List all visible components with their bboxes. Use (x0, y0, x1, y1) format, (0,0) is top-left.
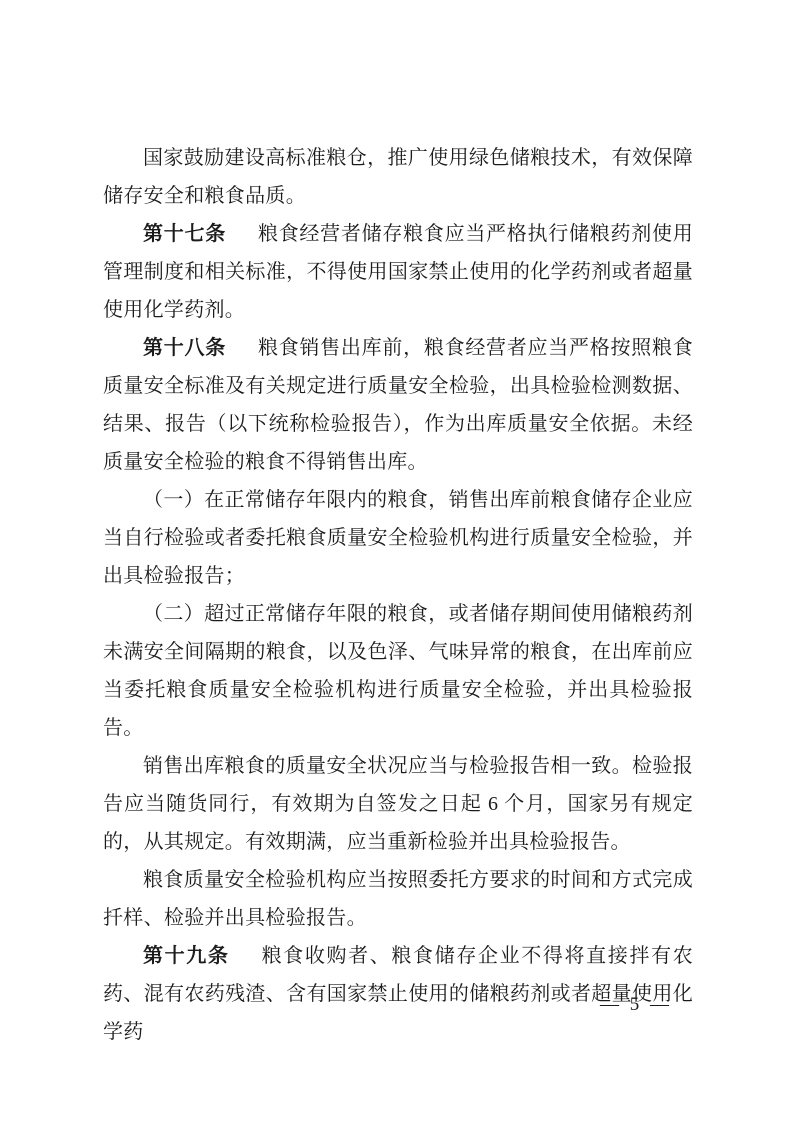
paragraph: 第十七条粮食经营者储存粮食应当严格执行储粮药剂使用管理制度和相关标准，不得使用国… (103, 215, 693, 329)
document-page: 国家鼓励建设高标准粮仓，推广使用绿色储粮技术，有效保障储存安全和粮食品质。第十七… (0, 0, 794, 1123)
paragraph-text: （一）在正常储存年限内的粮食，销售出库前粮食储存企业应当自行检验或者委托粮食质量… (103, 489, 693, 587)
paragraph: 第十八条粮食销售出库前，粮食经营者应当严格按照粮食质量安全标准及有关规定进行质量… (103, 329, 693, 481)
article-number: 第十九条 (143, 945, 230, 967)
paragraph: （二）超过正常储存年限的粮食，或者储存期间使用储粮药剂未满安全间隔期的粮食，以及… (103, 595, 693, 747)
article-number: 第十七条 (143, 223, 226, 245)
paragraph-text: 粮食质量安全检验机构应当按照委托方要求的时间和方式完成扦样、检验并出具检验报告。 (103, 869, 693, 929)
paragraph-text: 销售出库粮食的质量安全状况应当与检验报告相一致。检验报告应当随货同行，有效期为自… (103, 755, 693, 853)
paragraph: （一）在正常储存年限内的粮食，销售出库前粮食储存企业应当自行检验或者委托粮食质量… (103, 481, 693, 595)
paragraph-text: （二）超过正常储存年限的粮食，或者储存期间使用储粮药剂未满安全间隔期的粮食，以及… (103, 603, 693, 739)
page-number: — 5 — (600, 993, 672, 1017)
paragraph-text: 国家鼓励建设高标准粮仓，推广使用绿色储粮技术，有效保障储存安全和粮食品质。 (103, 147, 693, 207)
paragraph: 国家鼓励建设高标准粮仓，推广使用绿色储粮技术，有效保障储存安全和粮食品质。 (103, 139, 693, 215)
document-body: 国家鼓励建设高标准粮仓，推广使用绿色储粮技术，有效保障储存安全和粮食品质。第十七… (103, 139, 693, 1051)
paragraph: 销售出库粮食的质量安全状况应当与检验报告相一致。检验报告应当随货同行，有效期为自… (103, 747, 693, 861)
paragraph: 粮食质量安全检验机构应当按照委托方要求的时间和方式完成扦样、检验并出具检验报告。 (103, 861, 693, 937)
article-number: 第十八条 (143, 337, 226, 359)
